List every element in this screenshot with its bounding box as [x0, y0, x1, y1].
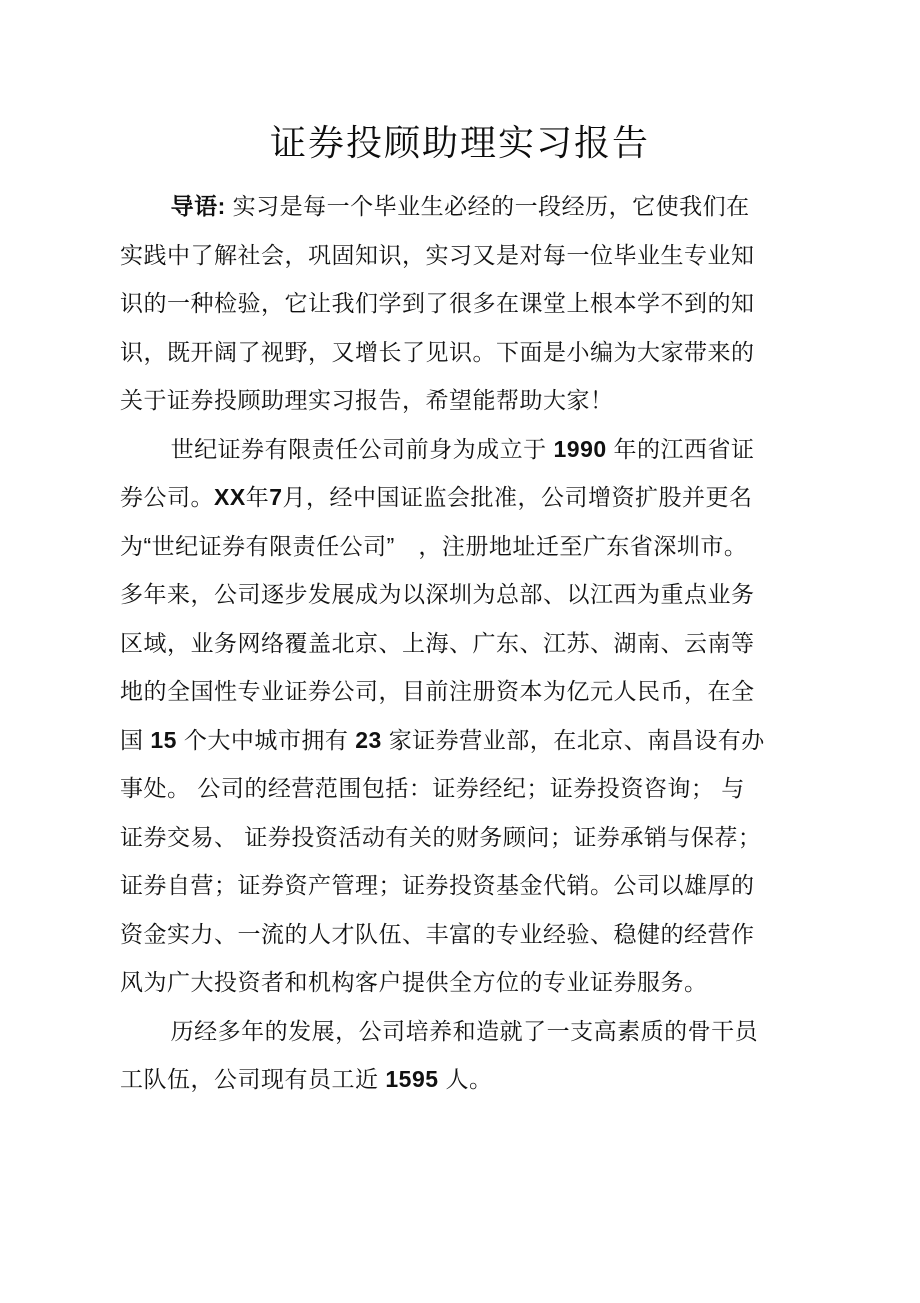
text-run: 实习是每一个毕业生必经的一段经历，它使我们在实践中了解社会，巩固知识，实习又是对… [120, 193, 755, 413]
bold-text-run: 1595 [385, 1066, 438, 1092]
paragraph: 世纪证券有限责任公司前身为成立于 1990 年的江西省证券公司。XX年7月，经中… [120, 425, 765, 1007]
text-run: 年 [246, 484, 270, 510]
text-run: 月，经中国证监会批准，公司增资扩股并更名为“世纪证券有限责任公司” ，注册地址迁… [120, 484, 755, 753]
paragraph: 导语: 实习是每一个毕业生必经的一段经历，它使我们在实践中了解社会，巩固知识，实… [120, 182, 765, 425]
text-run: 个大中城市拥有 [177, 727, 355, 753]
bold-text-run: 7 [269, 484, 282, 510]
paragraph: 历经多年的发展，公司培养和造就了一支高素质的骨干员工队伍，公司现有员工近 159… [120, 1007, 765, 1104]
bold-text-run: XX [214, 484, 246, 510]
bold-text-run: 23 [355, 727, 382, 753]
text-run: 家证券营业部，在北京、南昌设有办事处。 公司的经营范围包括：证券经纪；证券投资咨… [120, 727, 765, 996]
text-run: 人。 [439, 1066, 493, 1092]
bold-text-run: 导语: [171, 193, 226, 219]
text-run: 世纪证券有限责任公司前身为成立于 [171, 436, 554, 462]
document-page: 证券投顾助理实习报告 导语: 实习是每一个毕业生必经的一段经历，它使我们在实践中… [0, 0, 920, 1303]
bold-text-run: 1990 [553, 436, 606, 462]
document-title: 证券投顾助理实习报告 [0, 0, 920, 166]
bold-text-run: 15 [150, 727, 177, 753]
document-body: 导语: 实习是每一个毕业生必经的一段经历，它使我们在实践中了解社会，巩固知识，实… [120, 182, 765, 1104]
